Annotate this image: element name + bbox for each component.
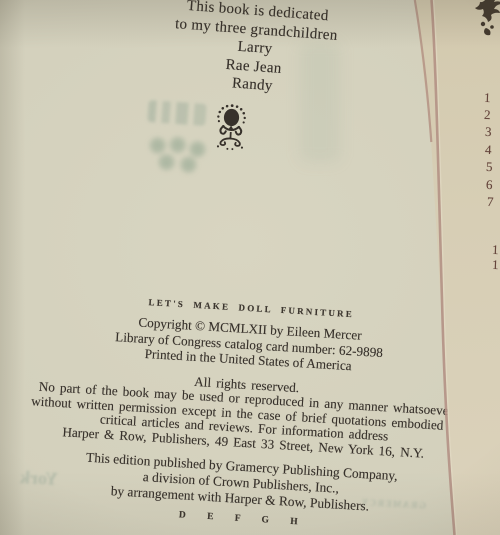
- facing-list-number: 7: [487, 194, 494, 210]
- facing-list-number: 1: [492, 242, 499, 258]
- imprint-block: LET'S MAKE DOLL FURNITURE Copyright © MC…: [2, 289, 488, 535]
- facing-list-number: 4: [485, 142, 492, 158]
- printers-ornament-icon: [214, 103, 248, 152]
- dedication-block: This book is dedicated to my three grand…: [107, 0, 403, 105]
- show-through-floral-smudge: [145, 134, 214, 179]
- facing-list-number: 5: [486, 159, 493, 175]
- book-photo: York GRAMERCY This book is dedicated to …: [0, 0, 500, 535]
- facing-list-number: 1: [484, 90, 491, 106]
- facing-list-number: 1: [492, 257, 499, 273]
- facing-page-corner-ornament-icon: [450, 0, 500, 44]
- facing-list-number: 2: [484, 107, 491, 123]
- facing-list-number: 6: [486, 177, 493, 193]
- facing-list-number: 3: [485, 124, 492, 140]
- show-through-title-smudge: [147, 100, 206, 126]
